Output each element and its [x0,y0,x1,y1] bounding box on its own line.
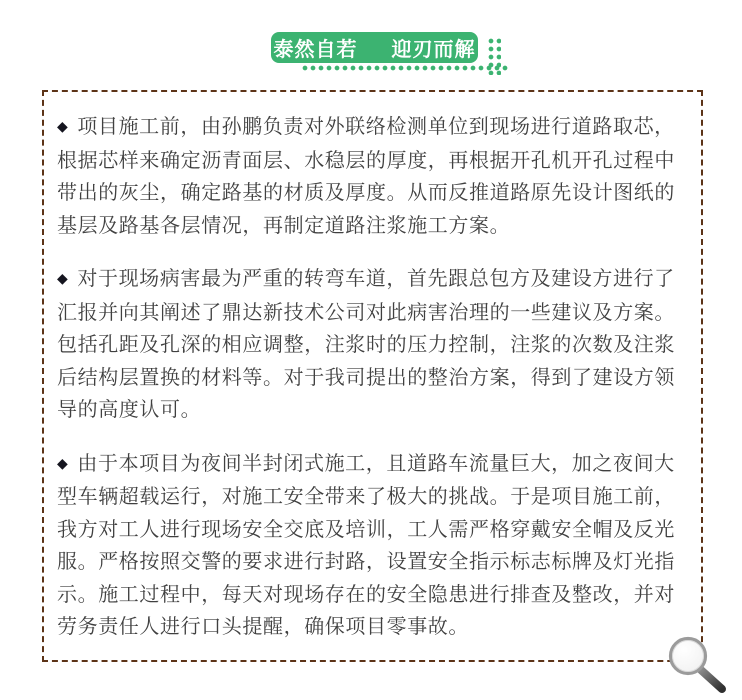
diamond-bullet-icon: ◆ [57,110,68,143]
content-box: ◆项目施工前，由孙鹏负责对外联络检测单位到现场进行道路取芯，根据芯样来确定沥青面… [42,90,703,662]
paragraph-1: ◆项目施工前，由孙鹏负责对外联络检测单位到现场进行道路取芯，根据芯样来确定沥青面… [57,111,695,242]
badge-text-left: 泰然自若 [274,33,358,62]
diamond-bullet-icon: ◆ [57,262,68,295]
paragraph-3-text: 由于本项目为夜间半封闭式施工，且道路车流量巨大，加之夜间大型车辆超载运行，对施工… [57,453,675,639]
dot-row-decoration [300,63,508,71]
badge-text-right: 迎刃而解 [392,33,476,62]
header-badge: 泰然自若 迎刃而解 [271,32,478,63]
magnifier-icon [660,630,736,700]
diamond-bullet-icon: ◆ [57,447,68,480]
paragraph-2: ◆对于现场病害最为严重的转弯车道，首先跟总包方及建设方进行了汇报并向其阐述了鼎达… [57,263,695,427]
paragraph-3: ◆由于本项目为夜间半封闭式施工，且道路车流量巨大，加之夜间大型车辆超载运行，对施… [57,448,695,644]
slide-page: 泰然自若 迎刃而解 ◆项目施工前，由孙鹏负责对外联络检测单位到现场进行道路取芯，… [0,0,742,700]
paragraph-2-text: 对于现场病害最为严重的转弯车道，首先跟总包方及建设方进行了汇报并向其阐述了鼎达新… [57,268,675,421]
paragraph-1-text: 项目施工前，由孙鹏负责对外联络检测单位到现场进行道路取芯，根据芯样来确定沥青面层… [57,116,675,237]
